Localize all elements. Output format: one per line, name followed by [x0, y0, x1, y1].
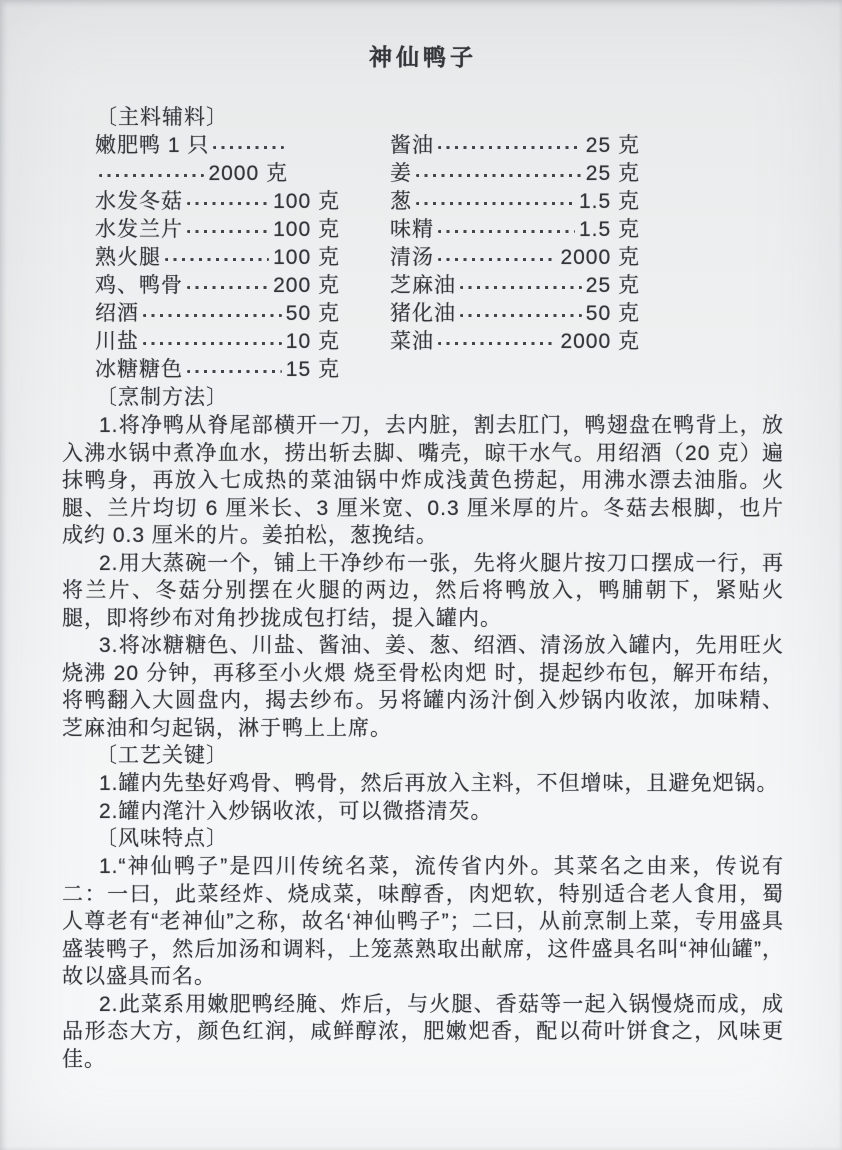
dot-leader	[438, 342, 556, 345]
ingredient-amount: 50 克	[586, 300, 640, 328]
scanned-page: 神仙鸭子 〔主料辅料〕 嫩肥鸭 1 只 2000 克 水发冬菇 100 克	[0, 0, 842, 1150]
ingredient-amount: 2000 克	[560, 328, 640, 356]
ingredient-row: 川盐 10 克	[95, 328, 340, 356]
ingredient-amount: 10 克	[286, 328, 340, 356]
ingredient-row: 味精 1.5 克	[390, 216, 640, 244]
dot-leader	[213, 146, 284, 149]
section-heading-keys: 〔工艺关键〕	[62, 742, 784, 770]
section-heading-method: 〔烹制方法〕	[62, 384, 784, 412]
ingredient-amount: 25 克	[586, 132, 640, 160]
ingredient-amount: 25 克	[586, 160, 640, 188]
method-step: 1.将净鸭从脊尾部横开一刀，去内脏，割去肛门，鸭翅盘在鸭背上，放入沸水锅中煮净血…	[62, 412, 784, 550]
ingredient-name: 冰糖糖色	[95, 356, 183, 384]
dot-leader	[143, 342, 282, 345]
ingredient-amount: 100 克	[273, 216, 340, 244]
ingredient-amount: 1.5 克	[579, 216, 640, 244]
recipe-title: 神仙鸭子	[62, 44, 784, 70]
ingredient-name: 绍酒	[95, 300, 139, 328]
ingredients-list: 嫩肥鸭 1 只 2000 克 水发冬菇 100 克 水发兰片 100 克	[62, 132, 784, 384]
ingredient-name: 葱	[390, 188, 412, 216]
ingredient-row: 2000 克	[95, 160, 340, 188]
dot-leader	[187, 230, 269, 233]
ingredient-amount: 100 克	[273, 188, 340, 216]
dot-leader	[187, 286, 269, 289]
ingredient-amount: 2000 克	[560, 244, 640, 272]
ingredient-name: 川盐	[95, 328, 139, 356]
dot-leader	[460, 286, 582, 289]
ingredient-amount: 200 克	[273, 272, 340, 300]
ingredient-row: 芝麻油 25 克	[390, 272, 640, 300]
dot-leader	[438, 230, 575, 233]
dot-leader	[187, 370, 282, 373]
ingredient-row: 葱 1.5 克	[390, 188, 640, 216]
ingredient-amount: 50 克	[286, 300, 340, 328]
ingredient-row: 嫩肥鸭 1 只	[95, 132, 340, 160]
ingredient-row: 清汤 2000 克	[390, 244, 640, 272]
ingredients-left-column: 嫩肥鸭 1 只 2000 克 水发冬菇 100 克 水发兰片 100 克	[95, 132, 340, 384]
method-step: 3.将冰糖糖色、川盐、酱油、姜、葱、绍酒、清汤放入罐内，先用旺火烧沸 20 分钟…	[62, 632, 784, 742]
ingredient-amount: 100 克	[273, 244, 340, 272]
ingredient-name: 菜油	[390, 328, 434, 356]
dot-leader	[99, 174, 204, 177]
flavor-item: 2.此菜系用嫩肥鸭经腌、炸后，与火腿、香菇等一起入锅慢烧而成，成品形态大方，颜色…	[62, 991, 784, 1074]
section-heading-ingredients: 〔主料辅料〕	[62, 104, 784, 132]
key-item: 2.罐内滗汁入炒锅收浓，可以微搭清芡。	[62, 798, 784, 826]
dot-leader	[187, 202, 269, 205]
ingredient-row: 菜油 2000 克	[390, 328, 640, 356]
key-item: 1.罐内先垫好鸡骨、鸭骨，然后再放入主料，不但增味，且避免𤆵锅。	[62, 770, 784, 798]
dot-leader	[460, 314, 582, 317]
ingredient-row: 水发兰片 100 克	[95, 216, 340, 244]
recipe-document: 神仙鸭子 〔主料辅料〕 嫩肥鸭 1 只 2000 克 水发冬菇 100 克	[62, 44, 784, 1073]
ingredient-amount: 2000 克	[208, 160, 288, 188]
ingredient-row: 姜 25 克	[390, 160, 640, 188]
ingredient-row: 绍酒 50 克	[95, 300, 340, 328]
ingredient-name: 酱油	[390, 132, 434, 160]
dot-leader	[438, 258, 556, 261]
dot-leader	[416, 202, 575, 205]
ingredient-amount: 25 克	[586, 272, 640, 300]
ingredient-name: 嫩肥鸭 1 只	[95, 132, 209, 160]
ingredient-row: 酱油 25 克	[390, 132, 640, 160]
ingredient-amount: 1.5 克	[579, 188, 640, 216]
ingredient-name: 熟火腿	[95, 244, 161, 272]
ingredient-name: 姜	[390, 160, 412, 188]
dot-leader	[143, 314, 282, 317]
section-heading-flavor: 〔风味特点〕	[62, 825, 784, 853]
ingredient-row: 冰糖糖色 15 克	[95, 356, 340, 384]
ingredient-row: 熟火腿 100 克	[95, 244, 340, 272]
ingredient-row: 水发冬菇 100 克	[95, 188, 340, 216]
method-step: 2.用大蒸碗一个，铺上干净纱布一张，先将火腿片按刀口摆成一行，再将兰片、冬菇分别…	[62, 550, 784, 633]
ingredient-amount: 15 克	[286, 356, 340, 384]
ingredient-row: 猪化油 50 克	[390, 300, 640, 328]
ingredient-name: 水发冬菇	[95, 188, 183, 216]
ingredient-name: 猪化油	[390, 300, 456, 328]
ingredient-name: 清汤	[390, 244, 434, 272]
ingredient-name: 芝麻油	[390, 272, 456, 300]
ingredient-name: 水发兰片	[95, 216, 183, 244]
ingredients-right-column: 酱油 25 克 姜 25 克 葱 1.5 克 味精 1.5 克	[390, 132, 640, 384]
flavor-item: 1.“神仙鸭子”是四川传统名菜，流传省内外。其菜名之由来，传说有二：一曰，此菜经…	[62, 853, 784, 991]
dot-leader	[416, 174, 582, 177]
ingredient-name: 鸡、鸭骨	[95, 272, 183, 300]
ingredient-name: 味精	[390, 216, 434, 244]
dot-leader	[165, 258, 269, 261]
ingredient-row: 鸡、鸭骨 200 克	[95, 272, 340, 300]
dot-leader	[438, 146, 582, 149]
